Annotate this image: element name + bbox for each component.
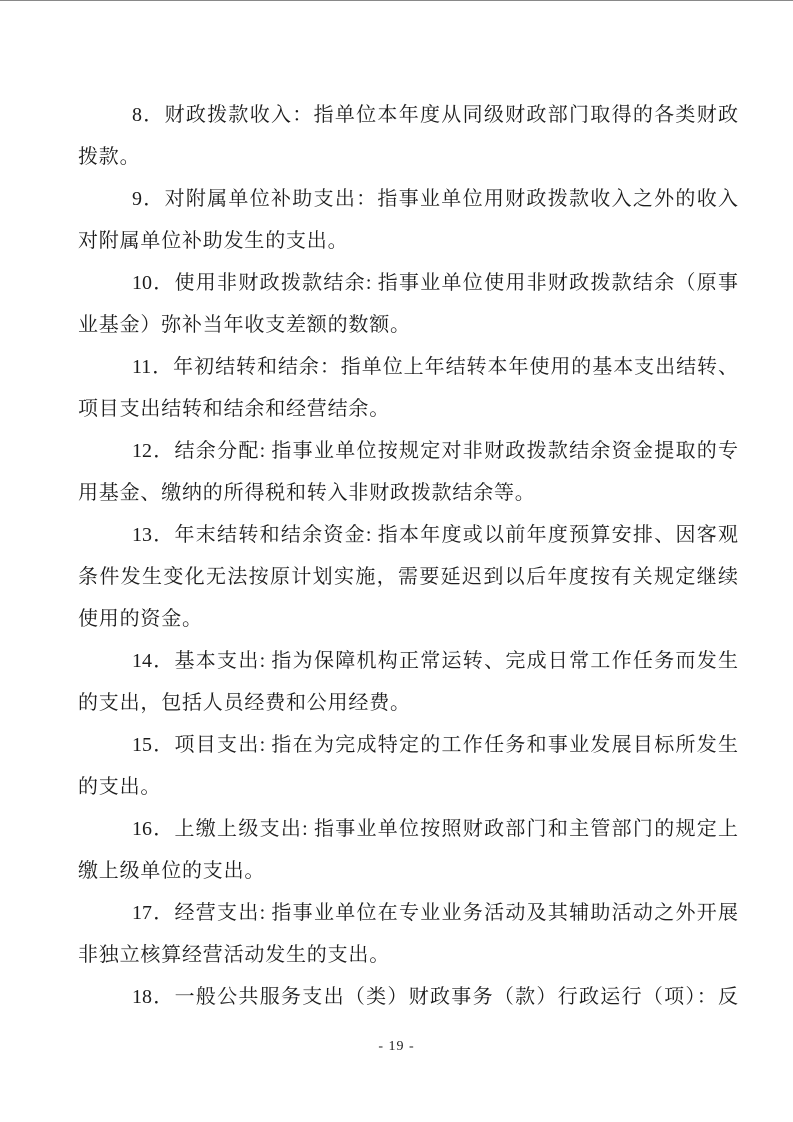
text-line: 13．年末结转和结余资金: 指本年度或以前年度预算安排、因客观 <box>78 514 738 556</box>
text-line: 拨款。 <box>78 136 738 178</box>
text-line: 对附属单位补助发生的支出。 <box>78 220 738 262</box>
text-line: 项目支出结转和结余和经营结余。 <box>78 388 738 430</box>
text-line: 18．一般公共服务支出（类）财政事务（款）行政运行（项）：反 <box>78 976 738 1018</box>
text-line: 条件发生变化无法按原计划实施，需要延迟到以后年度按有关规定继续 <box>78 556 738 598</box>
text-line: 缴上级单位的支出。 <box>78 850 738 892</box>
paragraph-17: 17．经营支出: 指事业单位在专业业务活动及其辅助活动之外开展非独立核算经营活动… <box>78 892 738 976</box>
paragraph-15: 15．项目支出: 指在为完成特定的工作任务和事业发展目标所发生的支出。 <box>78 724 738 808</box>
page-footer: - 19 - <box>0 1038 793 1056</box>
text-line: 使用的资金。 <box>78 598 738 640</box>
text-line: 的支出，包括人员经费和公用经费。 <box>78 682 738 724</box>
page-number: - 19 - <box>378 1039 414 1054</box>
paragraph-12: 12．结余分配: 指事业单位按规定对非财政拨款结余资金提取的专用基金、缴纳的所得… <box>78 430 738 514</box>
text-line: 业基金）弥补当年收支差额的数额。 <box>78 304 738 346</box>
text-line: 非独立核算经营活动发生的支出。 <box>78 934 738 976</box>
text-line: 用基金、缴纳的所得税和转入非财政拨款结余等。 <box>78 472 738 514</box>
text-line: 9．对附属单位补助支出：指事业单位用财政拨款收入之外的收入 <box>78 178 738 220</box>
paragraph-14: 14．基本支出: 指为保障机构正常运转、完成日常工作任务而发生的支出，包括人员经… <box>78 640 738 724</box>
text-line: 的支出。 <box>78 766 738 808</box>
text-line: 14．基本支出: 指为保障机构正常运转、完成日常工作任务而发生 <box>78 640 738 682</box>
text-line: 17．经营支出: 指事业单位在专业业务活动及其辅助活动之外开展 <box>78 892 738 934</box>
paragraph-8: 8．财政拨款收入：指单位本年度从同级财政部门取得的各类财政拨款。 <box>78 94 738 178</box>
scan-edge-artifact <box>0 0 793 1</box>
text-line: 15．项目支出: 指在为完成特定的工作任务和事业发展目标所发生 <box>78 724 738 766</box>
paragraph-11: 11．年初结转和结余：指单位上年结转本年使用的基本支出结转、项目支出结转和结余和… <box>78 346 738 430</box>
paragraph-18: 18．一般公共服务支出（类）财政事务（款）行政运行（项）：反 <box>78 976 738 1018</box>
text-line: 12．结余分配: 指事业单位按规定对非财政拨款结余资金提取的专 <box>78 430 738 472</box>
text-line: 11．年初结转和结余：指单位上年结转本年使用的基本支出结转、 <box>78 346 738 388</box>
text-line: 8．财政拨款收入：指单位本年度从同级财政部门取得的各类财政 <box>78 94 738 136</box>
paragraph-13: 13．年末结转和结余资金: 指本年度或以前年度预算安排、因客观条件发生变化无法按… <box>78 514 738 640</box>
text-line: 16．上缴上级支出: 指事业单位按照财政部门和主管部门的规定上 <box>78 808 738 850</box>
document-body: 8．财政拨款收入：指单位本年度从同级财政部门取得的各类财政拨款。9．对附属单位补… <box>78 94 738 1018</box>
text-line: 10．使用非财政拨款结余: 指事业单位使用非财政拨款结余（原事 <box>78 262 738 304</box>
paragraph-16: 16．上缴上级支出: 指事业单位按照财政部门和主管部门的规定上缴上级单位的支出。 <box>78 808 738 892</box>
paragraph-9: 9．对附属单位补助支出：指事业单位用财政拨款收入之外的收入对附属单位补助发生的支… <box>78 178 738 262</box>
document-page: 8．财政拨款收入：指单位本年度从同级财政部门取得的各类财政拨款。9．对附属单位补… <box>0 0 793 1122</box>
paragraph-10: 10．使用非财政拨款结余: 指事业单位使用非财政拨款结余（原事业基金）弥补当年收… <box>78 262 738 346</box>
